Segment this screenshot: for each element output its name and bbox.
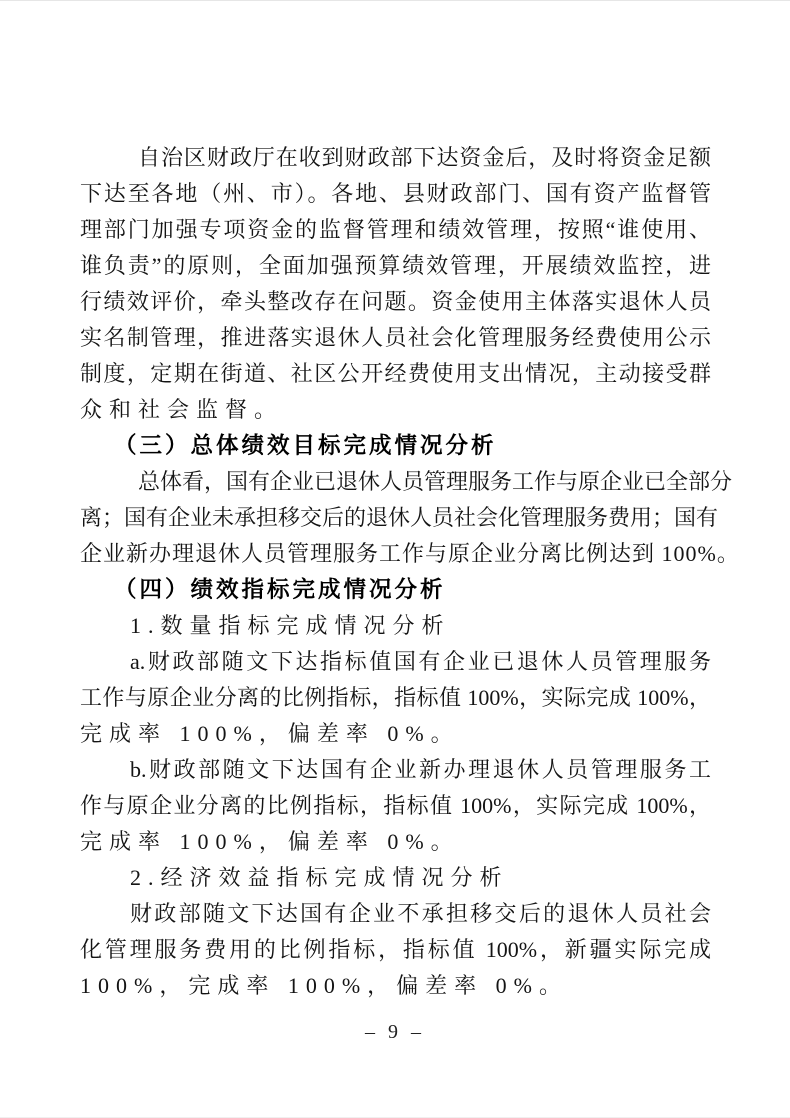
section-heading: （三）总体绩效目标完成情况分析 — [80, 428, 711, 464]
text-line: 财政部随文下达国有企业不承担移交后的退休人员社会 — [80, 896, 711, 932]
text-line: 100%，完成率 100%，偏差率 0%。 — [80, 968, 711, 1004]
text-line: 理部门加强专项资金的监督管理和绩效管理，按照“谁使用、 — [80, 212, 711, 248]
text-line: 企业新办理退休人员管理服务工作与原企业分离比例达到 100%。 — [80, 536, 711, 572]
section-heading: （四）绩效指标完成情况分析 — [80, 572, 711, 608]
text-line: 化管理服务费用的比例指标，指标值 100%，新疆实际完成 — [80, 932, 711, 968]
text-line: 1.数量指标完成情况分析 — [80, 608, 711, 644]
text-line: 作与原企业分离的比例指标，指标值 100%，实际完成 100%， — [80, 788, 711, 824]
text-line: 2.经济效益指标完成情况分析 — [80, 860, 711, 896]
page-number: – 9 – — [0, 1021, 790, 1044]
text-line: 下达至各地（州、市）。各地、县财政部门、国有资产监督管 — [80, 176, 711, 212]
text-line: 完成率 100%，偏差率 0%。 — [80, 716, 711, 752]
text-line: 实名制管理，推进落实退休人员社会化管理服务经费使用公示 — [80, 320, 711, 356]
text-line: 工作与原企业分离的比例指标，指标值 100%，实际完成 100%， — [80, 680, 711, 716]
text-line: 行绩效评价，牵头整改存在问题。资金使用主体落实退休人员 — [80, 284, 711, 320]
text-line: a.财政部随文下达指标值国有企业已退休人员管理服务 — [80, 644, 711, 680]
text-line: 离；国有企业未承担移交后的退休人员社会化管理服务费用；国有 — [80, 500, 711, 536]
text-line: 制度，定期在街道、社区公开经费使用支出情况，主动接受群 — [80, 356, 711, 392]
text-line: 完成率 100%，偏差率 0%。 — [80, 824, 711, 860]
text-line: 总体看，国有企业已退休人员管理服务工作与原企业已全部分 — [80, 464, 711, 500]
document-body: 自治区财政厅在收到财政部下达资金后，及时将资金足额下达至各地（州、市）。各地、县… — [80, 140, 711, 1004]
document-page: 自治区财政厅在收到财政部下达资金后，及时将资金足额下达至各地（州、市）。各地、县… — [0, 0, 790, 1118]
text-line: 谁负责”的原则，全面加强预算绩效管理，开展绩效监控，进 — [80, 248, 711, 284]
text-line: 众和社会监督。 — [80, 392, 711, 428]
text-line: 自治区财政厅在收到财政部下达资金后，及时将资金足额 — [80, 140, 711, 176]
text-line: b.财政部随文下达国有企业新办理退休人员管理服务工 — [80, 752, 711, 788]
